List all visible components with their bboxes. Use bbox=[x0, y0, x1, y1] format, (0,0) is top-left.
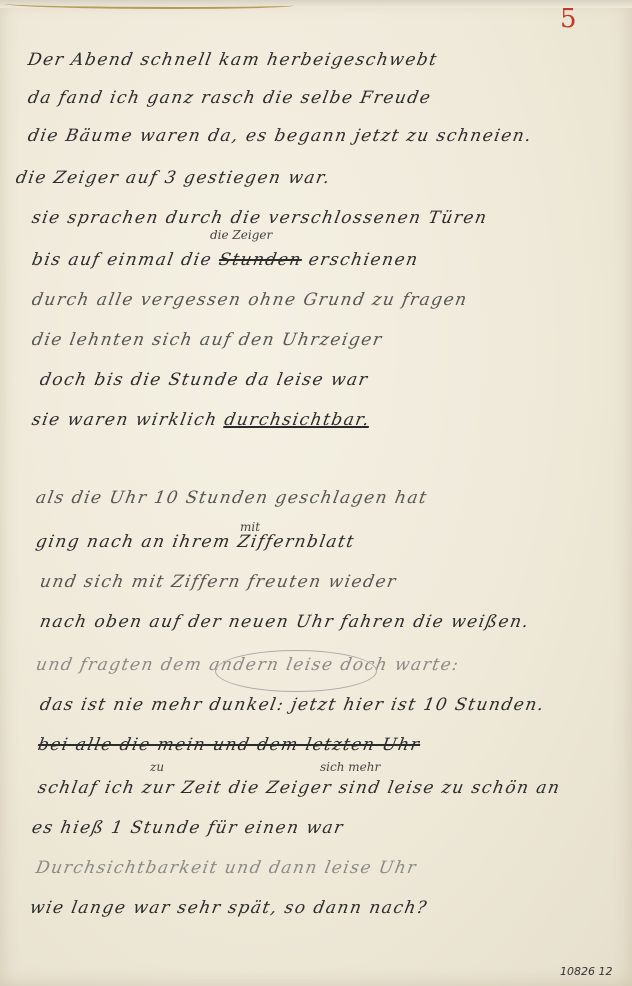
handwritten-line: sie waren wirklich durchsichtbar. bbox=[30, 410, 372, 430]
handwritten-line: ging nach an ihrem Ziffernblatt bbox=[34, 532, 356, 552]
handwritten-line: als die Uhr 10 Stunden geschlagen hat bbox=[34, 488, 429, 508]
handwritten-line: und sich mit Ziffern freuten wieder bbox=[38, 572, 398, 592]
handwritten-line: Der Abend schnell kam herbeigeschwebt bbox=[26, 50, 439, 70]
handwritten-line: bis auf einmal die Stunden erschienen bbox=[30, 250, 420, 270]
handwritten-line: sie sprachen durch die verschlossenen Tü… bbox=[30, 208, 489, 228]
handwritten-line: doch bis die Stunde da leise war bbox=[38, 370, 370, 390]
underlined-word: durchsichtbar. bbox=[223, 410, 372, 430]
handwritten-line: wie lange war sehr spät, so dann nach? bbox=[28, 898, 429, 918]
manuscript-page: 5 Der Abend schnell kam herbeigeschwebtd… bbox=[0, 0, 632, 986]
archive-number: 10826 12 bbox=[560, 965, 613, 978]
handwritten-line: da fand ich ganz rasch die selbe Freude bbox=[26, 88, 433, 108]
handwritten-line: durch alle vergessen ohne Grund zu frage… bbox=[30, 290, 469, 310]
interlinear-insertion: zu bbox=[150, 760, 164, 774]
interlinear-insertion: die Zeiger bbox=[210, 228, 272, 242]
interlinear-insertion: mit bbox=[240, 520, 260, 534]
interlinear-insertion: sich mehr bbox=[320, 760, 380, 774]
handwritten-line: die Zeiger auf 3 gestiegen war. bbox=[14, 168, 332, 188]
handwritten-line: die Bäume waren da, es begann jetzt zu s… bbox=[26, 126, 534, 146]
pencil-circle-annotation bbox=[215, 650, 377, 692]
handwritten-line: schlaf ich zur Zeit die Zeiger sind leis… bbox=[36, 778, 562, 798]
page-number: 5 bbox=[560, 4, 577, 34]
handwritten-line: nach oben auf der neuen Uhr fahren die w… bbox=[38, 612, 531, 632]
handwritten-line: Durchsichtbarkeit und dann leise Uhr bbox=[34, 858, 418, 878]
handwritten-line: das ist nie mehr dunkel: jetzt hier ist … bbox=[38, 695, 546, 715]
handwritten-line: es hieß 1 Stunde für einen war bbox=[30, 818, 345, 838]
struck-word: Stunden bbox=[217, 250, 303, 270]
handwritten-line: bei alle die mein und dem letzten Uhr bbox=[36, 735, 422, 755]
handwritten-line: die lehnten sich auf den Uhrzeiger bbox=[30, 330, 384, 350]
